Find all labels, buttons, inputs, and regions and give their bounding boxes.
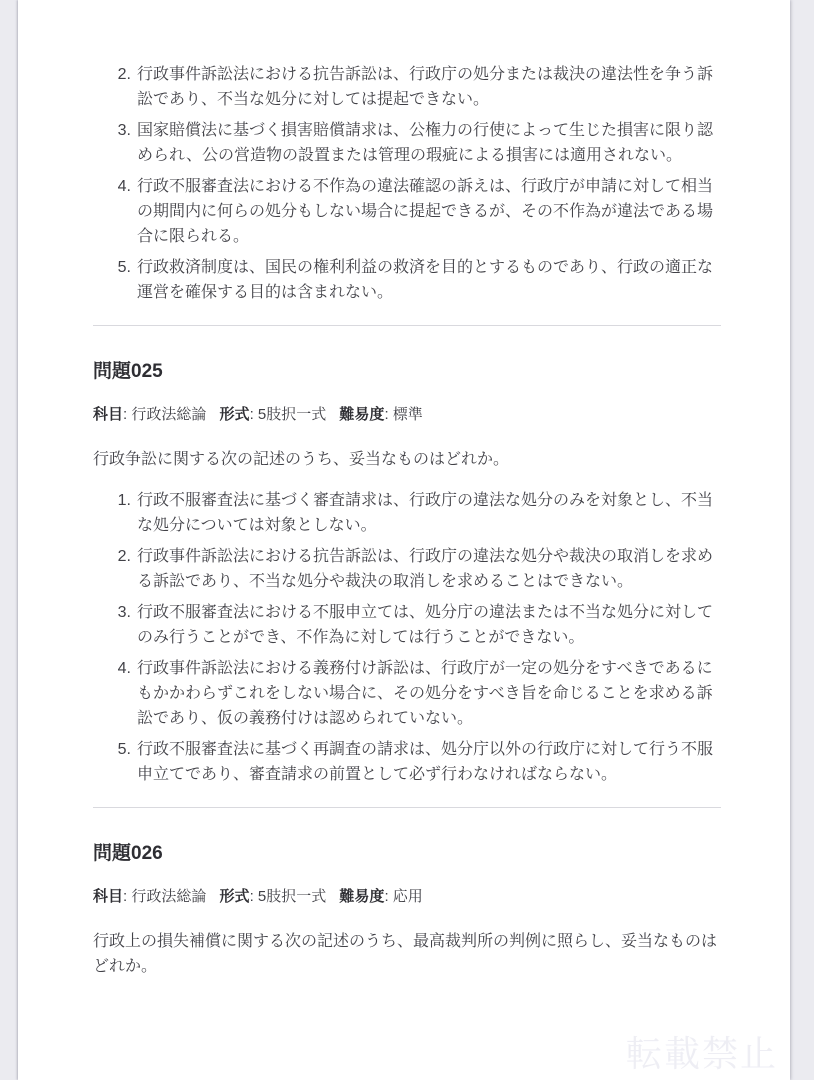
document-page: 2. 行政事件訴訟法における抗告訴訟は、行政庁の処分または裁決の違法性を争う訴訟… [18,0,790,1080]
option-number: 5. [115,737,131,787]
option-item: 3. 行政不服審査法における不服申立ては、処分庁の違法または不当な処分に対しての… [115,600,721,650]
previous-question-options: 2. 行政事件訴訟法における抗告訴訟は、行政庁の処分または裁決の違法性を争う訴訟… [93,62,721,305]
option-text: 行政救済制度は、国民の権利利益の救済を目的とするものであり、行政の適正な運営を確… [137,255,721,305]
option-text: 行政不服審査法における不作為の違法確認の訴えは、行政庁が申請に対して相当の期間内… [137,174,721,249]
question-title: 問題025 [93,360,721,384]
option-text: 国家賠償法に基づく損害賠償請求は、公権力の行使によって生じた損害に限り認められ、… [137,118,721,168]
option-number: 4. [115,656,131,731]
question-text: 行政争訟に関する次の記述のうち、妥当なものはどれか。 [93,447,721,472]
option-text: 行政不服審査法に基づく再調査の請求は、処分庁以外の行政庁に対して行う不服申立てで… [137,737,721,787]
question-meta: 科目: 行政法総論 形式: 5肢択一式 難易度: 標準 [93,404,721,426]
option-text: 行政事件訴訟法における義務付け訴訟は、行政庁が一定の処分をすべきであるにもかかわ… [137,656,721,731]
meta-label: 科目 [93,888,123,905]
option-number: 4. [115,174,131,249]
meta-label: 形式 [220,888,250,905]
meta-subject: 科目: 行政法総論 [93,406,206,423]
option-text: 行政事件訴訟法における抗告訴訟は、行政庁の違法な処分や裁決の取消しを求める訴訟で… [137,544,721,594]
meta-difficulty: 難易度: 標準 [339,406,422,423]
meta-value: 応用 [393,888,423,905]
meta-label: 形式 [220,406,250,423]
meta-separator: : [384,406,392,423]
section-divider [93,807,721,808]
option-number: 2. [115,544,131,594]
meta-separator: : [250,406,258,423]
option-item: 5. 行政不服審査法に基づく再調査の請求は、処分庁以外の行政庁に対して行う不服申… [115,737,721,787]
meta-difficulty: 難易度: 応用 [339,888,422,905]
meta-label: 科目 [93,406,123,423]
option-text: 行政不服審査法における不服申立ては、処分庁の違法または不当な処分に対してのみ行う… [137,600,721,650]
option-item: 4. 行政事件訴訟法における義務付け訴訟は、行政庁が一定の処分をすべきであるにも… [115,656,721,731]
option-number: 5. [115,255,131,305]
watermark: 転載禁止 [626,1036,778,1072]
meta-format: 形式: 5肢択一式 [220,406,327,423]
option-number: 3. [115,118,131,168]
question-meta: 科目: 行政法総論 形式: 5肢択一式 難易度: 応用 [93,886,721,908]
question-026-section: 問題026 科目: 行政法総論 形式: 5肢択一式 難易度: 応用 行政上の損失… [93,842,721,979]
document-content: 2. 行政事件訴訟法における抗告訴訟は、行政庁の処分または裁決の違法性を争う訴訟… [93,0,721,979]
meta-label: 難易度 [339,406,384,423]
option-item: 4. 行政不服審査法における不作為の違法確認の訴えは、行政庁が申請に対して相当の… [115,174,721,249]
meta-label: 難易度 [339,888,384,905]
option-item: 2. 行政事件訴訟法における抗告訴訟は、行政庁の違法な処分や裁決の取消しを求める… [115,544,721,594]
meta-value: 5肢択一式 [258,406,326,423]
option-number: 1. [115,488,131,538]
option-item: 1. 行政不服審査法に基づく審査請求は、行政庁の違法な処分のみを対象とし、不当な… [115,488,721,538]
meta-value: 行政法総論 [131,406,206,423]
meta-separator: : [384,888,392,905]
question-025-options: 1. 行政不服審査法に基づく審査請求は、行政庁の違法な処分のみを対象とし、不当な… [93,488,721,787]
option-item: 2. 行政事件訴訟法における抗告訴訟は、行政庁の処分または裁決の違法性を争う訴訟… [115,62,721,112]
option-item: 3. 国家賠償法に基づく損害賠償請求は、公権力の行使によって生じた損害に限り認め… [115,118,721,168]
question-025-section: 問題025 科目: 行政法総論 形式: 5肢択一式 難易度: 標準 行政争訟に関… [93,360,721,787]
meta-subject: 科目: 行政法総論 [93,888,206,905]
meta-value: 標準 [393,406,423,423]
meta-separator: : [250,888,258,905]
option-text: 行政事件訴訟法における抗告訴訟は、行政庁の処分または裁決の違法性を争う訴訟であり… [137,62,721,112]
meta-value: 行政法総論 [131,888,206,905]
option-number: 3. [115,600,131,650]
meta-format: 形式: 5肢択一式 [220,888,327,905]
meta-value: 5肢択一式 [258,888,326,905]
question-title: 問題026 [93,842,721,866]
section-divider [93,325,721,326]
option-item: 5. 行政救済制度は、国民の権利利益の救済を目的とするものであり、行政の適正な運… [115,255,721,305]
question-text: 行政上の損失補償に関する次の記述のうち、最高裁判所の判例に照らし、妥当なものはど… [93,929,721,979]
option-text: 行政不服審査法に基づく審査請求は、行政庁の違法な処分のみを対象とし、不当な処分に… [137,488,721,538]
option-number: 2. [115,62,131,112]
